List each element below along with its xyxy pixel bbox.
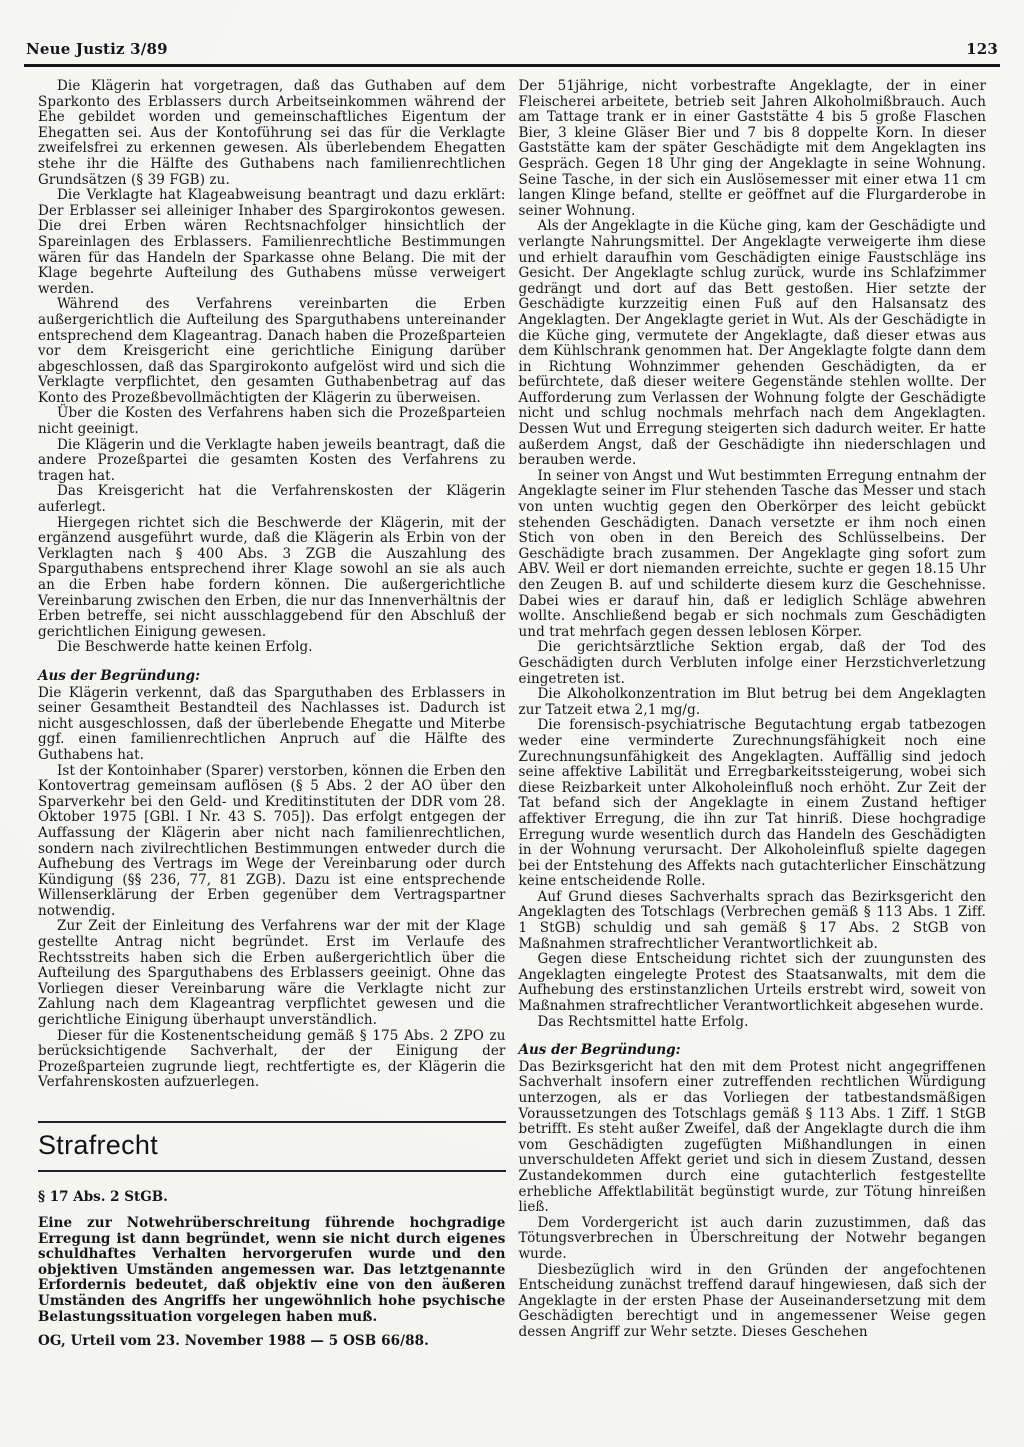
headnote: Eine zur Notwehrüberschreitung führende … bbox=[38, 1216, 506, 1325]
case-citation: OG, Urteil vom 23. November 1988 — 5 OSB… bbox=[38, 1334, 506, 1350]
paragraph: Das Bezirksgericht hat den mit dem Prote… bbox=[519, 1060, 987, 1216]
paragraph: Die Klägerin hat vorgetragen, daß das Gu… bbox=[38, 79, 506, 188]
paragraph: Die forensisch-psychiatrische Begutachtu… bbox=[519, 718, 987, 890]
paragraph: Ist der Kontoinhaber (Sparer) verstorben… bbox=[38, 764, 506, 920]
paragraph: Auf Grund dieses Sachverhalts sprach das… bbox=[519, 890, 987, 952]
paragraph: Diesbezüglich wird in den Gründen der an… bbox=[519, 1263, 987, 1341]
reasoning-heading: Aus der Begründung: bbox=[38, 669, 506, 685]
two-column-body: Die Klägerin hat vorgetragen, daß das Gu… bbox=[24, 67, 1000, 1350]
paragraph: Das Kreisgericht hat die Verfahrenskoste… bbox=[38, 484, 506, 515]
right-column: Der 51jährige, nicht vorbestrafte Angekl… bbox=[519, 79, 987, 1350]
section-heading: Strafrecht bbox=[38, 1130, 506, 1161]
section-strafrecht-header: Strafrecht bbox=[38, 1121, 506, 1172]
page-number: 123 bbox=[966, 40, 998, 58]
paragraph: Die Klägerin und die Verklagte haben jew… bbox=[38, 438, 506, 485]
paragraph: Die Klägerin verkennt, daß das Spargutha… bbox=[38, 686, 506, 764]
paragraph: Die Verklagte hat Klageabweisung beantra… bbox=[38, 188, 506, 297]
paragraph: Über die Kosten des Verfahrens haben sic… bbox=[38, 406, 506, 437]
paragraph: Zur Zeit der Einleitung des Verfahrens w… bbox=[38, 919, 506, 1028]
reasoning-heading: Aus der Begründung: bbox=[519, 1043, 987, 1059]
paragraph: Während des Verfahrens vereinbarten die … bbox=[38, 297, 506, 406]
paragraph: Dieser für die Kostenentscheidung gemäß … bbox=[38, 1029, 506, 1091]
paragraph: Hiergegen richtet sich die Beschwerde de… bbox=[38, 516, 506, 641]
journal-title: Neue Justiz 3/89 bbox=[26, 40, 168, 58]
paragraph: Gegen diese Entscheidung richtet sich de… bbox=[519, 952, 987, 1014]
paragraph: Die Alkoholkonzentration im Blut betrug … bbox=[519, 687, 987, 718]
paragraph: Der 51jährige, nicht vorbestrafte Angekl… bbox=[519, 79, 987, 219]
paragraph: Die Beschwerde hatte keinen Erfolg. bbox=[38, 640, 506, 656]
paragraph: In seiner von Angst und Wut bestimmten E… bbox=[519, 469, 987, 641]
paragraph: Das Rechtsmittel hatte Erfolg. bbox=[519, 1015, 987, 1031]
left-column: Die Klägerin hat vorgetragen, daß das Gu… bbox=[38, 79, 506, 1350]
paragraph: Als der Angeklagte in die Küche ging, ka… bbox=[519, 219, 987, 469]
statute-reference: § 17 Abs. 2 StGB. bbox=[38, 1189, 506, 1205]
paragraph: Dem Vordergericht ist auch darin zuzusti… bbox=[519, 1216, 987, 1263]
page-header: Neue Justiz 3/89 123 bbox=[24, 40, 1000, 67]
journal-page: Neue Justiz 3/89 123 Die Klägerin hat vo… bbox=[0, 0, 1024, 1447]
paragraph: Die gerichtsärztliche Sektion ergab, daß… bbox=[519, 640, 987, 687]
